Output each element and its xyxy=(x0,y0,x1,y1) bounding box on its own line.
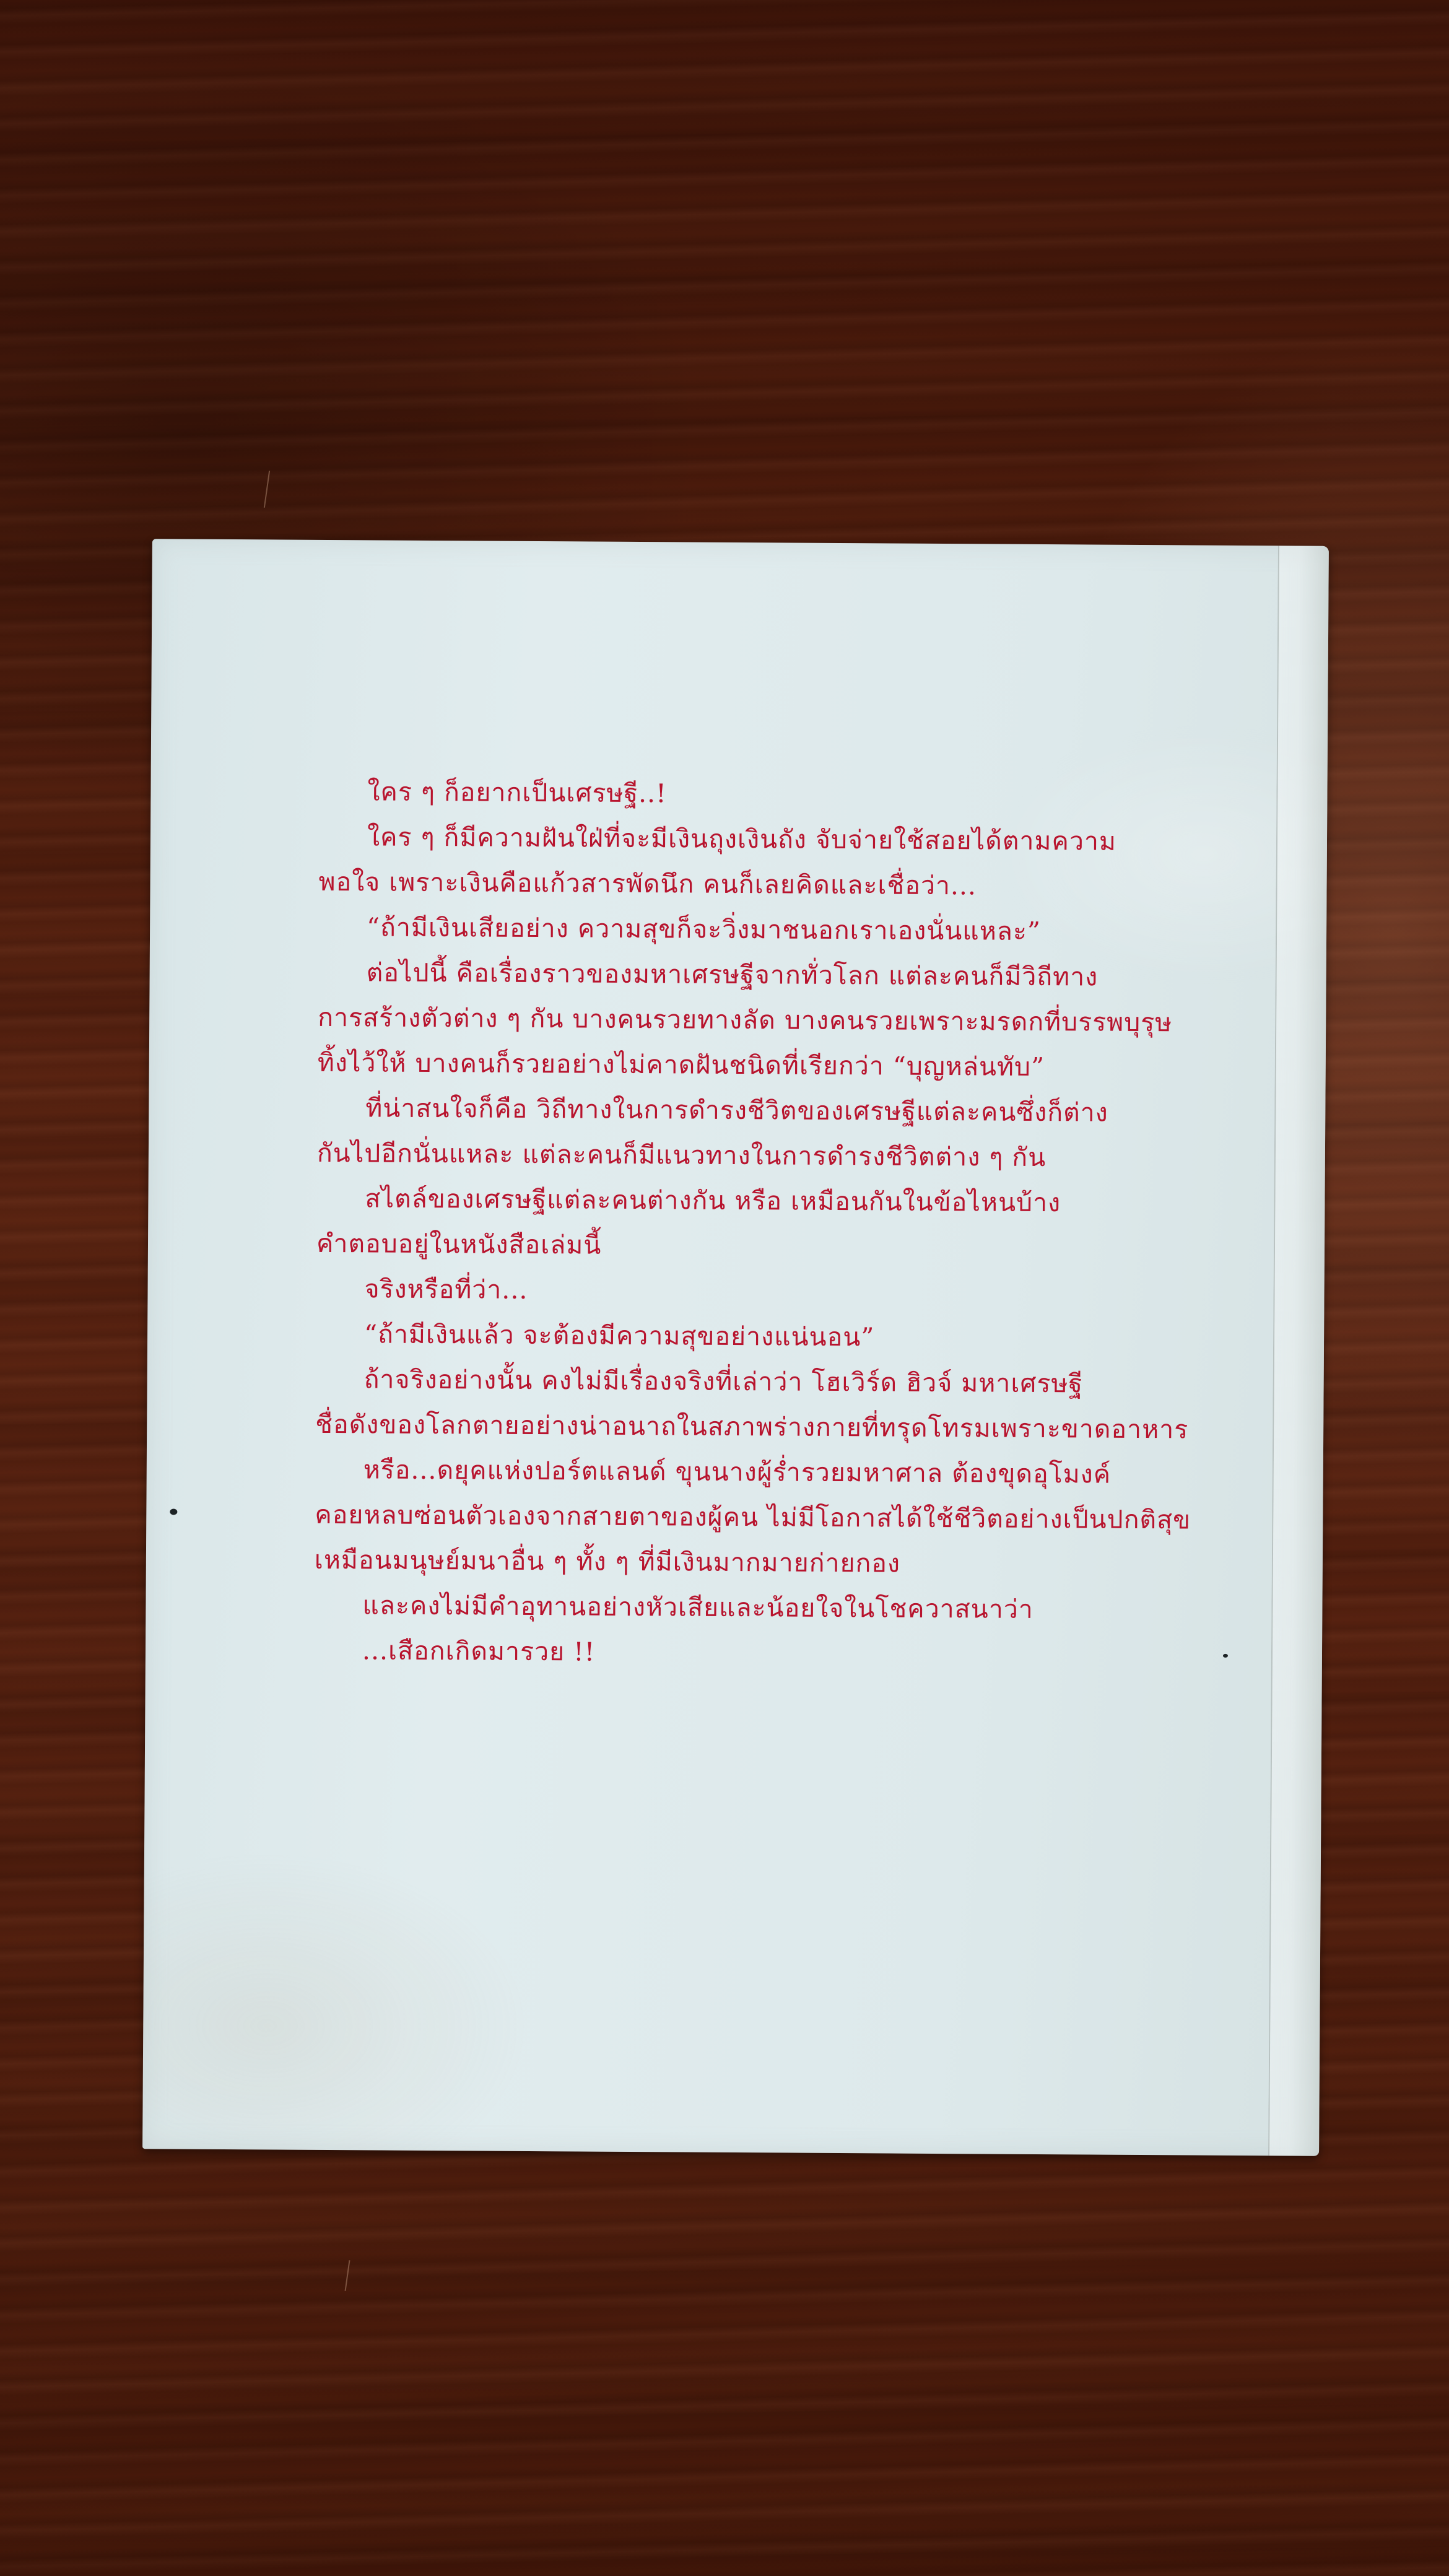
blurb-line: การสร้างตัวต่าง ๆ กัน บางคนรวยทางลัด บาง… xyxy=(318,995,1234,1046)
blurb-line: ชื่อดังของโลกตายอย่างน่าอนาถในสภาพร่างกา… xyxy=(315,1402,1232,1453)
book-back-cover: ใคร ๆ ก็อยากเป็นเศรษฐี..! ใคร ๆ ก็มีความ… xyxy=(142,539,1329,2156)
blurb-line: สไตล์ของเศรษฐีแต่ละคนต่างกัน หรือ เหมือน… xyxy=(316,1176,1233,1227)
blurb-line: ใคร ๆ ก็มีความฝันใฝ่ที่จะมีเงินถุงเงินถั… xyxy=(319,814,1235,865)
blurb-quote: “ถ้ามีเงินเสียอย่าง ความสุขก็จะวิ่งมาชนอ… xyxy=(318,905,1235,955)
blurb-closing-line: ...เสือกเกิดมารวย !! xyxy=(314,1628,1230,1679)
blurb-line: ที่น่าสนใจก็คือ วิถีทางในการดำรงชีวิตของ… xyxy=(317,1086,1234,1136)
blurb-line: พอใจ เพราะเงินคือแก้วสารพัดนึก คนก็เลยคิ… xyxy=(318,859,1235,910)
ink-spot xyxy=(170,1508,177,1515)
blurb-line: ต่อไปนี้ คือเรื่องราวของมหาเศรษฐีจากทั่ว… xyxy=(318,950,1234,1001)
blurb-line: ถ้าจริงอย่างนั้น คงไม่มีเรื่องจริงที่เล่… xyxy=(315,1357,1232,1408)
blurb-line: เหมือนมนุษย์มนาอื่น ๆ ทั้ง ๆ ที่มีเงินมา… xyxy=(315,1538,1231,1588)
blurb-line: ใคร ๆ ก็อยากเป็นเศรษฐี..! xyxy=(319,769,1235,820)
back-cover-blurb: ใคร ๆ ก็อยากเป็นเศรษฐี..! ใคร ๆ ก็มีความ… xyxy=(314,769,1236,1679)
book-spine-edge xyxy=(1268,546,1329,2156)
blurb-line: และคงไม่มีคำอุทานอย่างหัวเสียและน้อยใจใน… xyxy=(314,1583,1230,1634)
blurb-line: คำตอบอยู่ในหนังสือเล่มนี้ xyxy=(316,1221,1233,1272)
blurb-line: กันไปอีกนั่นแหละ แต่ละคนก็มีแนวทางในการด… xyxy=(317,1131,1234,1181)
blurb-line: คอยหลบซ่อนตัวเองจากสายตาของผู้คน ไม่มีโอ… xyxy=(315,1492,1231,1543)
blurb-line: จริงหรือที่ว่า... xyxy=(316,1266,1232,1317)
blurb-quote: “ถ้ามีเงินแล้ว จะต้องมีความสุขอย่างแน่นอ… xyxy=(316,1312,1232,1362)
blurb-line: ทิ้งไว้ให้ บางคนก็รวยอย่างไม่คาดฝันชนิดท… xyxy=(318,1040,1234,1091)
blurb-line: หรือ...ดยุคแห่งปอร์ตแลนด์ ขุนนางผู้ร่ำรว… xyxy=(315,1447,1232,1498)
